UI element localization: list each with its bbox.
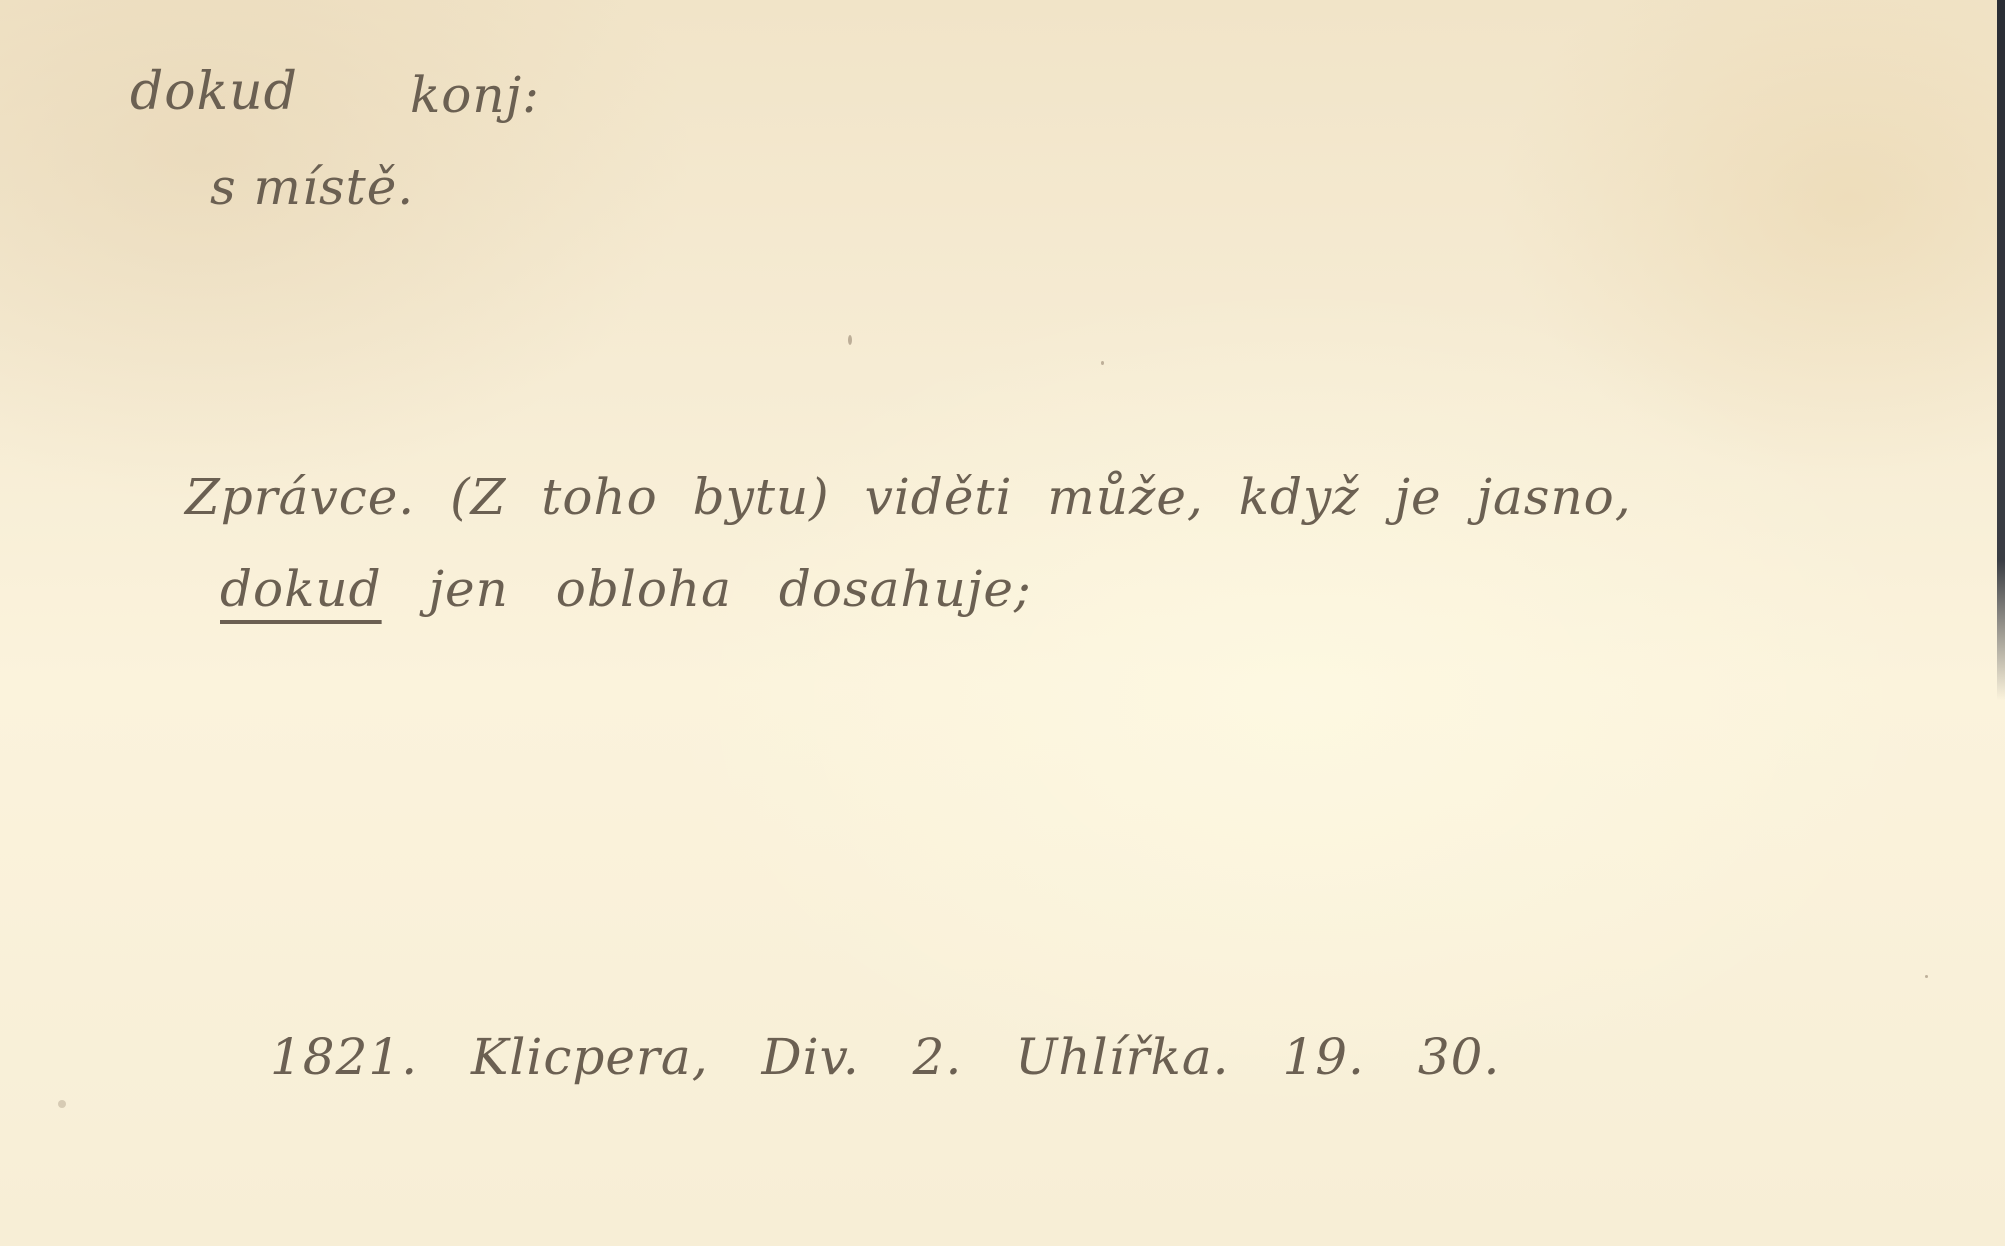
citation-line-2: dokud jen obloha dosahuje; bbox=[220, 560, 1032, 618]
paper-speck bbox=[848, 335, 852, 345]
usage-note: s místě. bbox=[210, 158, 414, 216]
source-line: 30. bbox=[1418, 1028, 1501, 1086]
source-year: 1821. bbox=[270, 1028, 418, 1086]
paper-speck bbox=[1925, 975, 1928, 978]
index-card: dokud konj: s místě. Zprávce. (Z toho by… bbox=[0, 0, 2005, 1246]
source-title: Uhlířka. bbox=[1015, 1028, 1229, 1086]
source-work: Div. 2. bbox=[762, 1028, 963, 1086]
source-page: 19. bbox=[1282, 1028, 1365, 1086]
headword: dokud bbox=[130, 62, 298, 122]
card-edge-shadow bbox=[1997, 0, 2005, 700]
grammatical-label: konj: bbox=[410, 66, 540, 124]
source-reference: 1821. Klicpera, Div. 2. Uhlířka. 19. 30. bbox=[270, 1028, 1500, 1086]
citation-line-2-rest: jen obloha dosahuje; bbox=[429, 560, 1032, 618]
paper-speck bbox=[1101, 361, 1104, 365]
source-author: Klicpera, bbox=[471, 1028, 709, 1086]
citation-line-1: Zprávce. (Z toho bytu) viděti může, když… bbox=[185, 468, 1632, 526]
underlined-headword: dokud bbox=[220, 560, 382, 618]
paper-speck bbox=[58, 1100, 66, 1108]
